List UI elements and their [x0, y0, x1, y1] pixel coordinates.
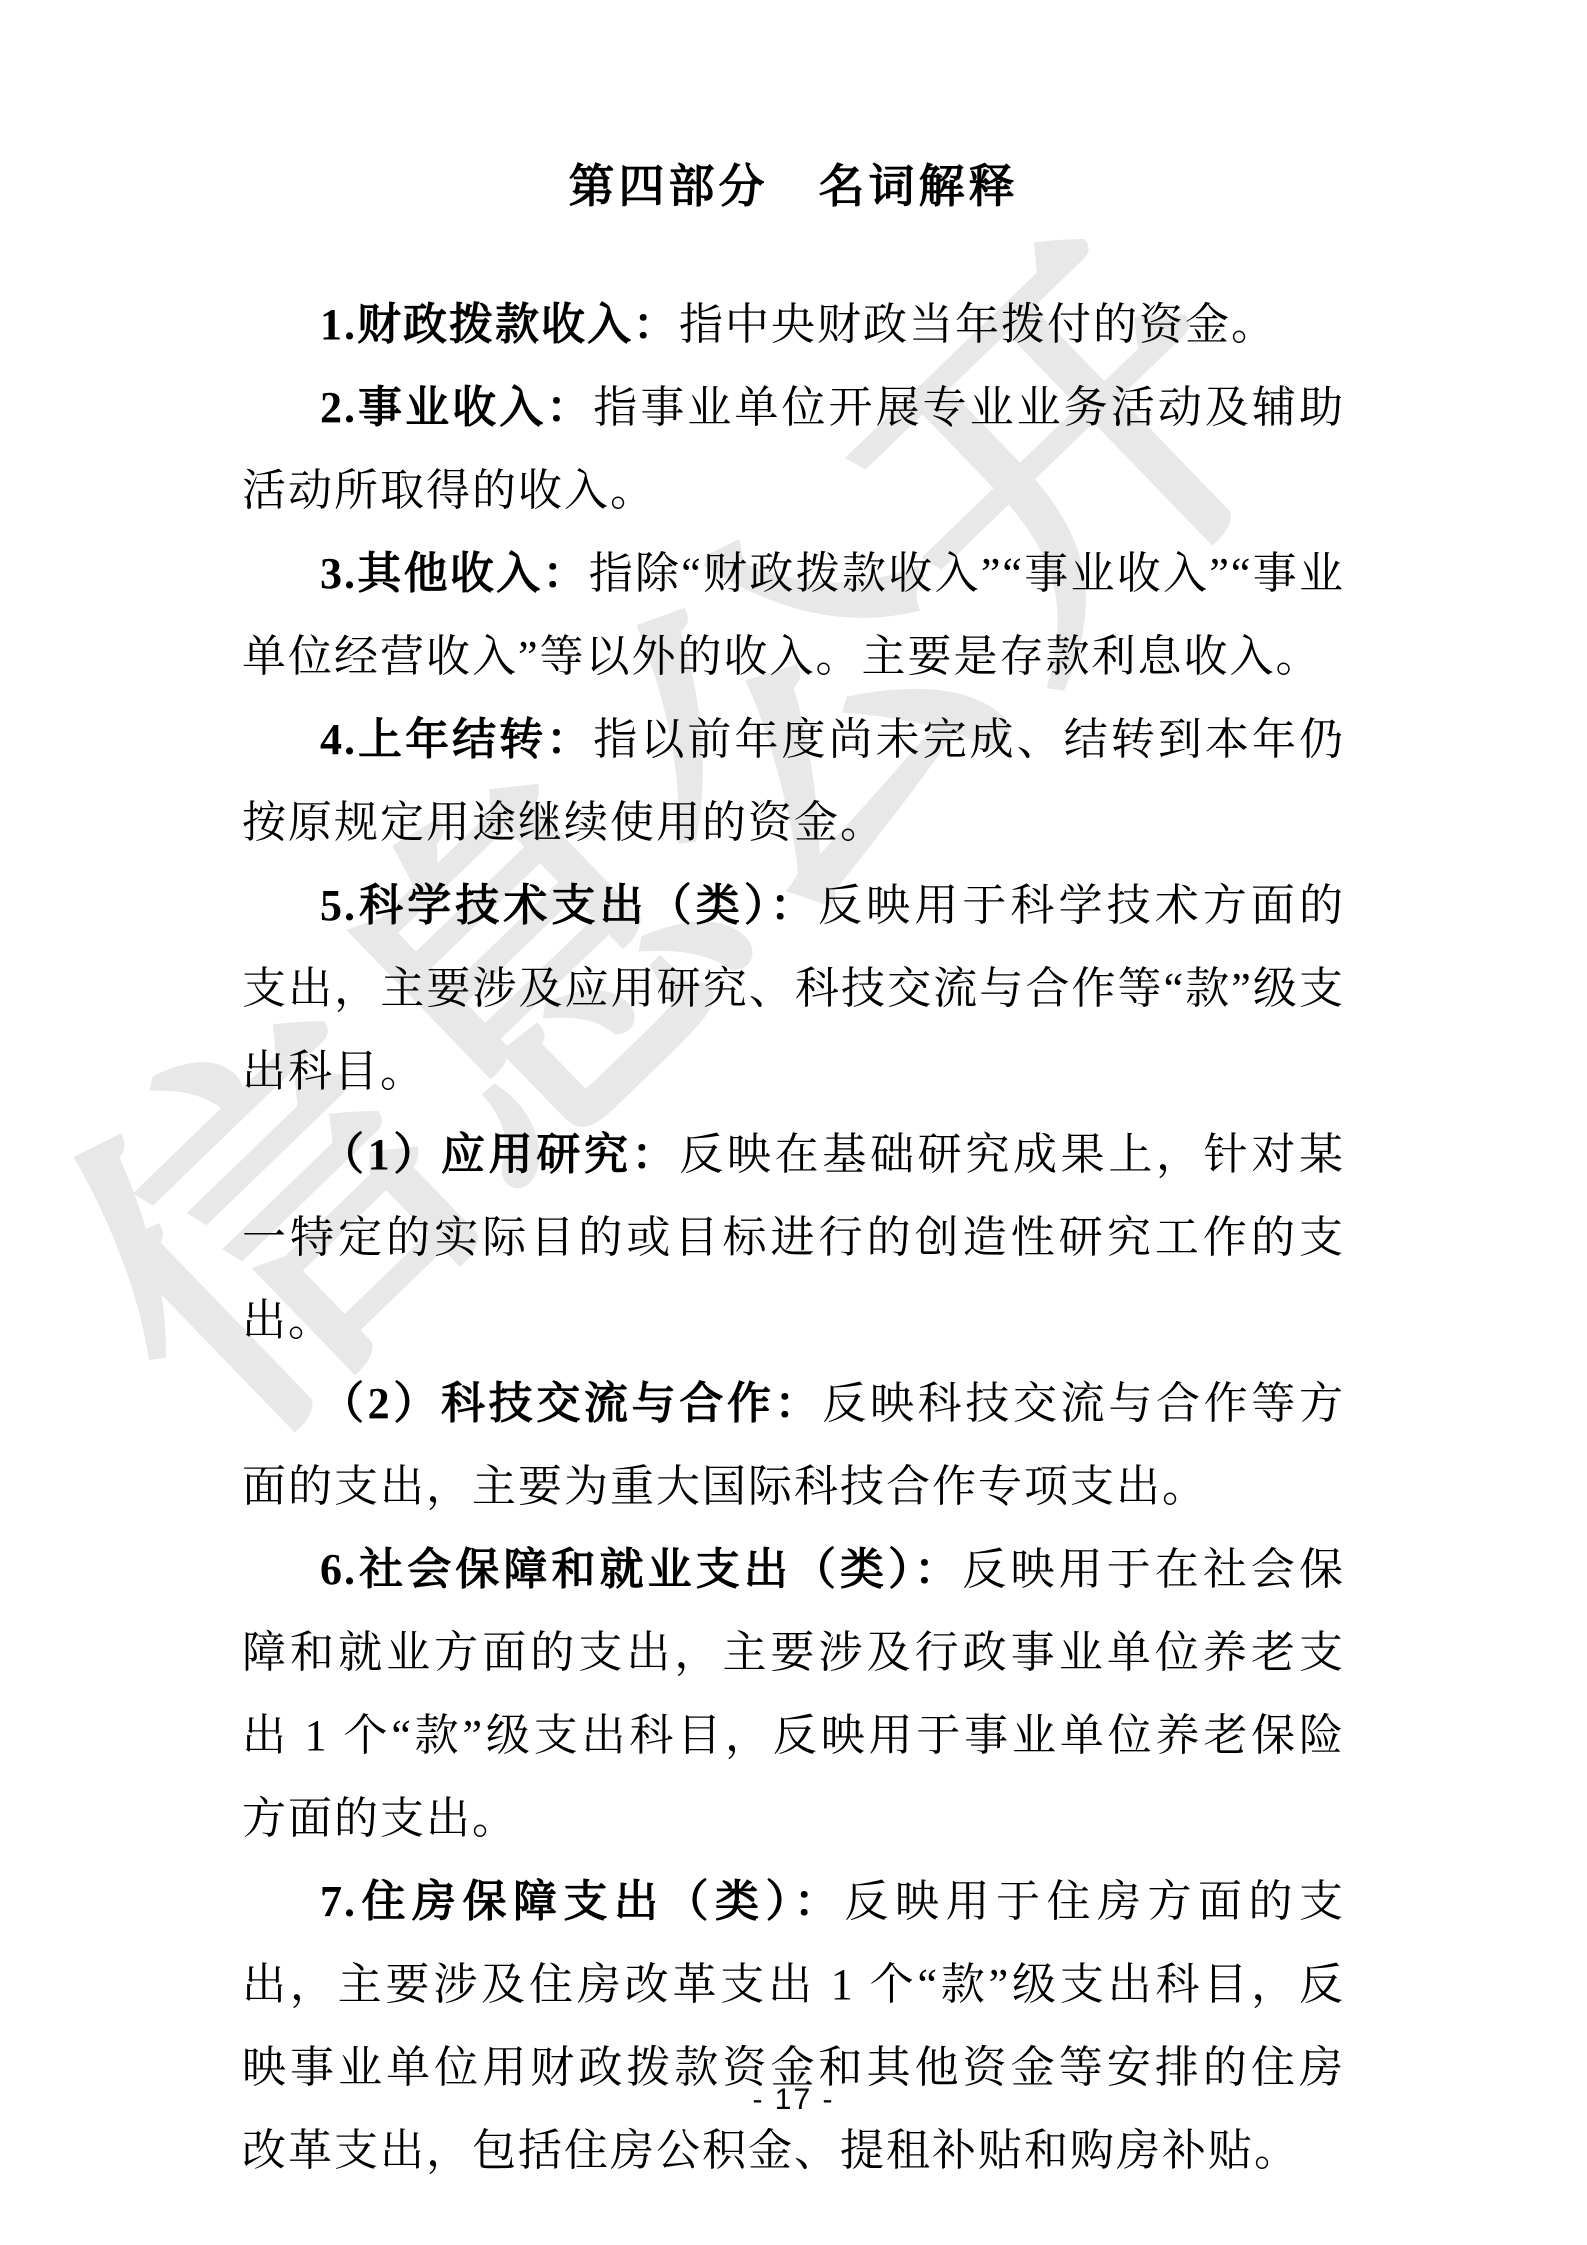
term-label: 2.事业收入：: [320, 383, 593, 432]
page-title: 第四部分 名词解释: [0, 150, 1587, 216]
term-label: 7.住房保障支出（类）：: [320, 1877, 845, 1926]
term-definition: 指中央财政当年拨付的资金。: [679, 300, 1277, 349]
term-label: 1.财政拨款收入：: [320, 300, 679, 349]
glossary-paragraph: （2）科技交流与合作：反映科技交流与合作等方面的支出，主要为重大国际科技合作专项…: [242, 1362, 1345, 1528]
glossary-paragraph: 2.事业收入：指事业单位开展专业业务活动及辅助活动所取得的收入。: [242, 366, 1345, 532]
term-label: 4.上年结转：: [320, 715, 593, 764]
glossary-paragraph: 6.社会保障和就业支出（类）：反映用于在社会保障和就业方面的支出，主要涉及行政事…: [242, 1528, 1345, 1860]
glossary-paragraph: 5.科学技术支出（类）：反映用于科学技术方面的支出，主要涉及应用研究、科技交流与…: [242, 864, 1345, 1113]
term-label: （1）应用研究：: [320, 1130, 679, 1179]
glossary-paragraph: 4.上年结转：指以前年度尚未完成、结转到本年仍按原规定用途继续使用的资金。: [242, 698, 1345, 864]
document-page: 信息公开 第四部分 名词解释 1.财政拨款收入：指中央财政当年拨付的资金。 2.…: [0, 0, 1587, 2245]
glossary-content: 1.财政拨款收入：指中央财政当年拨付的资金。 2.事业收入：指事业单位开展专业业…: [242, 283, 1345, 2192]
term-label: 3.其他收入：: [320, 549, 589, 598]
term-label: 5.科学技术支出（类）：: [320, 881, 818, 930]
term-label: 6.社会保障和就业支出（类）：: [320, 1545, 962, 1594]
paragraph-list: 1.财政拨款收入：指中央财政当年拨付的资金。 2.事业收入：指事业单位开展专业业…: [242, 283, 1345, 2192]
glossary-paragraph: 1.财政拨款收入：指中央财政当年拨付的资金。: [242, 283, 1345, 366]
page-number: - 17 -: [0, 2083, 1587, 2117]
term-label: （2）科技交流与合作：: [320, 1379, 822, 1428]
glossary-paragraph: 7.住房保障支出（类）：反映用于住房方面的支出，主要涉及住房改革支出 1 个“款…: [242, 1860, 1345, 2192]
glossary-paragraph: 3.其他收入：指除“财政拨款收入”“事业收入”“事业单位经营收入”等以外的收入。…: [242, 532, 1345, 698]
glossary-paragraph: （1）应用研究：反映在基础研究成果上，针对某一特定的实际目的或目标进行的创造性研…: [242, 1113, 1345, 1362]
